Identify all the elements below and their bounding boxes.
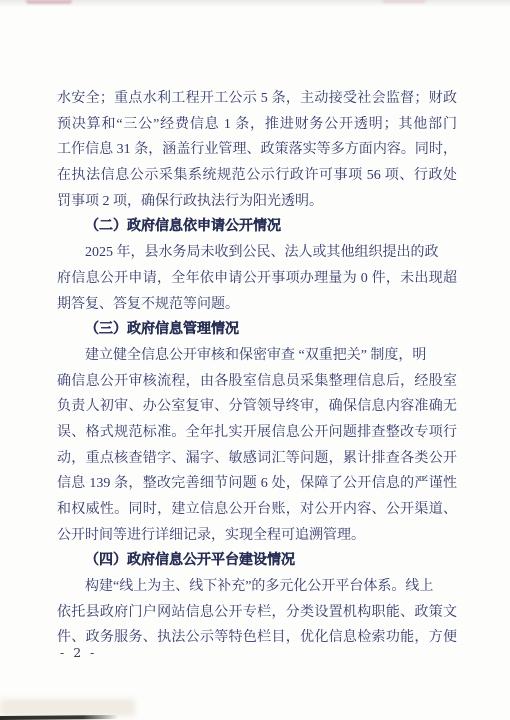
para2-line: 府信息公开申请，全年依申请公开事项办理量为 0 件，未出现超: [57, 266, 457, 292]
para3-line: 信息 139 条，整改完善细节问题 6 处，保障了公开信息的严谨性: [57, 471, 457, 497]
para3-line: 和权威性。同时，建立信息公开台账，对公开内容、公开渠道、: [57, 497, 457, 523]
para4-line: 构建“线上为主、线下补充”的多元化公开平台体系。线上: [57, 574, 457, 600]
scan-bottom-smudge: [0, 699, 135, 716]
para1-line: 工作信息 31 条，涵盖行业管理、政策落实等多方面内容。同时，: [57, 137, 457, 163]
section-heading-4: （四）政府信息公开平台建设情况: [57, 548, 457, 574]
scan-bottom-edge: [0, 715, 118, 720]
document-page: 水安全；重点水利工程开工公示 5 条，主动接受社会监督；财政 预决算和“三公”经…: [0, 0, 510, 720]
para3-line: 负责人初审、办公室复审、分管领导终审，确保信息内容准确无: [57, 394, 457, 420]
section-heading-3: （三）政府信息管理情况: [57, 317, 457, 343]
scan-stain-pink-right: [382, 0, 426, 3]
para3-line: 确信息公开审核流程，由各股室信息员采集整理信息后，经股室: [57, 369, 457, 395]
para2-line: 期答复、答复不规范等问题。: [57, 292, 457, 318]
document-body: 水安全；重点水利工程开工公示 5 条，主动接受社会监督；财政 预决算和“三公”经…: [57, 86, 457, 651]
para3-line: 动，重点核查错字、漏字、敏感词汇等问题，累计排查各类公开: [57, 446, 457, 472]
para3-line: 公开时间等进行详细记录，实现全程可追溯管理。: [57, 523, 457, 549]
para1-line: 罚事项 2 项，确保行政执法行为阳光透明。: [57, 189, 457, 215]
para3-line: 误、格式规范标准。全年扎实开展信息公开问题排查整改专项行: [57, 420, 457, 446]
para2-line: 2025 年，县水务局未收到公民、法人或其他组织提出的政: [57, 240, 457, 266]
para1-line: 水安全；重点水利工程开工公示 5 条，主动接受社会监督；财政: [57, 86, 457, 112]
para4-line: 依托县政府门户网站信息公开专栏，分类设置机构职能、政策文: [57, 600, 457, 626]
section-heading-2: （二）政府信息依申请公开情况: [57, 214, 457, 240]
page-number: - 2 -: [60, 645, 97, 660]
scan-top-shadow: [0, 0, 510, 7]
para4-line: 件、政务服务、执法公示等特色栏目，优化信息检索功能，方便: [57, 625, 457, 651]
para1-line: 在执法信息公示采集系统规范公示行政许可事项 56 项、行政处: [57, 163, 457, 189]
para3-line: 建立健全信息公开审核和保密审查 “双重把关” 制度，明: [57, 343, 457, 369]
scan-stain-pink-left: [26, 0, 72, 4]
para1-line: 预决算和“三公”经费信息 1 条，推进财务公开透明；其他部门: [57, 112, 457, 138]
